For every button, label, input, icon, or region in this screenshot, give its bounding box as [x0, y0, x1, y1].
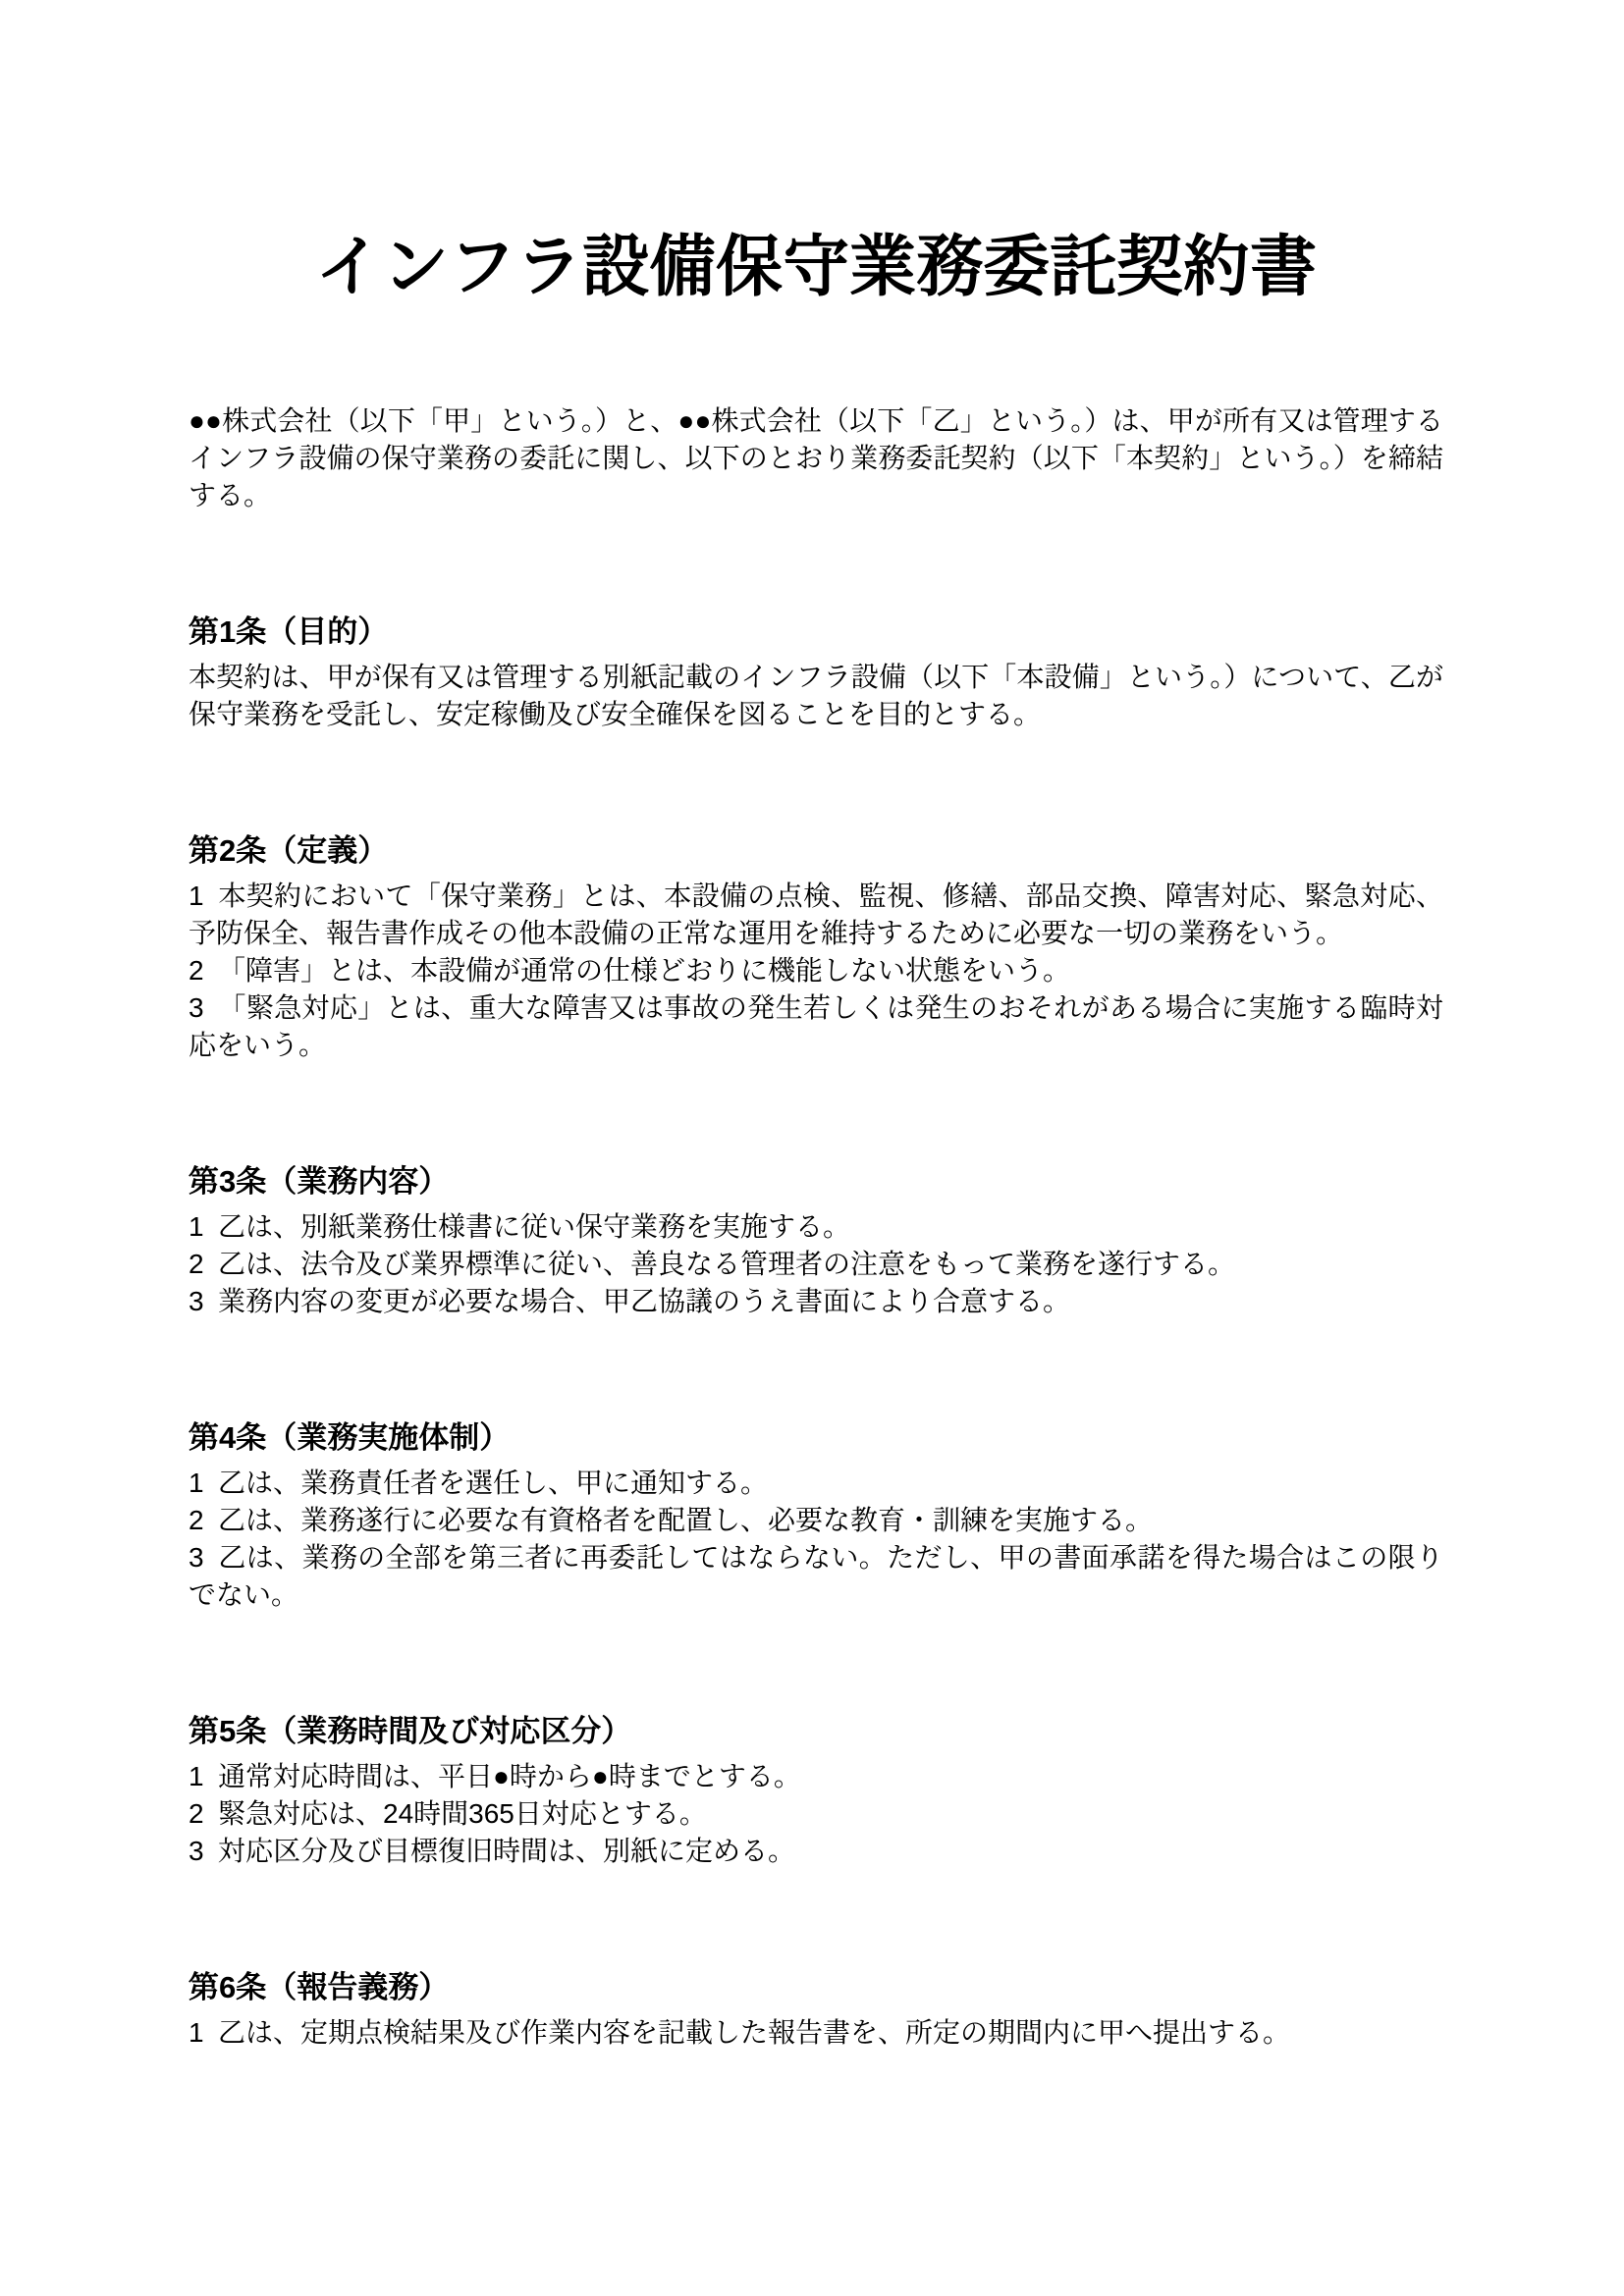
section-heading: 第5条（業務時間及び対応区分） [189, 1709, 1443, 1754]
clause-item: 3「緊急対応」とは、重大な障害又は事故の発生若しくは発生のおそれがある場合に実施… [189, 989, 1443, 1064]
clause-text: 乙は、別紙業務仕様書に従い保守業務を実施する。 [218, 1211, 850, 1242]
clause-text: 乙は、業務責任者を選任し、甲に通知する。 [218, 1468, 768, 1498]
clause-text: 業務内容の変更が必要な場合、甲乙協議のうえ書面により合意する。 [218, 1286, 1070, 1316]
clause-text: 通常対応時間は、平日●時から●時までとする。 [218, 1761, 801, 1791]
clause-item: 2緊急対応は、24時間365日対応とする。 [189, 1795, 1443, 1833]
clause-number: 2 [189, 1502, 218, 1539]
clause-number: 3 [189, 1833, 218, 1870]
clause-number: 3 [189, 1539, 218, 1576]
section-article-3: 第3条（業務内容） 1乙は、別紙業務仕様書に従い保守業務を実施する。 2乙は、法… [189, 1159, 1443, 1320]
section-heading: 第6条（報告義務） [189, 1965, 1443, 2010]
clause-item: 1乙は、業務責任者を選任し、甲に通知する。 [189, 1465, 1443, 1502]
clause-number: 2 [189, 1795, 218, 1833]
clause-text: 緊急対応は、24時間365日対応とする。 [218, 1798, 707, 1829]
section-heading: 第3条（業務内容） [189, 1159, 1443, 1204]
section-article-4: 第4条（業務実施体制） 1乙は、業務責任者を選任し、甲に通知する。 2乙は、業務… [189, 1415, 1443, 1614]
clause-item: 3乙は、業務の全部を第三者に再委託してはならない。ただし、甲の書面承諾を得た場合… [189, 1539, 1443, 1614]
clause-number: 3 [189, 989, 218, 1027]
clause-text: 乙は、法令及び業界標準に従い、善良なる管理者の注意をもって業務を遂行する。 [218, 1249, 1235, 1279]
clause-number: 2 [189, 1246, 218, 1283]
contract-document-page: インフラ設備保守業務委託契約書 ●●株式会社（以下「甲」という。）と、●●株式会… [0, 0, 1624, 2296]
section-heading: 第2条（定義） [189, 828, 1443, 874]
section-body: 本契約は、甲が保有又は管理する別紙記載のインフラ設備（以下「本設備」という。）に… [189, 659, 1443, 733]
clause-text: 対応区分及び目標復旧時間は、別紙に定める。 [218, 1836, 795, 1866]
clause-item: 2「障害」とは、本設備が通常の仕様どおりに機能しない状態をいう。 [189, 952, 1443, 989]
intro-paragraph: ●●株式会社（以下「甲」という。）と、●●株式会社（以下「乙」という。）は、甲が… [189, 402, 1443, 514]
clause-text: 「障害」とは、本設備が通常の仕様どおりに機能しない状態をいう。 [218, 955, 1070, 986]
clause-item: 1乙は、定期点検結果及び作業内容を記載した報告書を、所定の期間内に甲へ提出する。 [189, 2014, 1443, 2052]
clause-number: 2 [189, 952, 218, 989]
clause-item: 1乙は、別紙業務仕様書に従い保守業務を実施する。 [189, 1208, 1443, 1246]
clause-text: 乙は、定期点検結果及び作業内容を記載した報告書を、所定の期間内に甲へ提出する。 [218, 2017, 1290, 2048]
clause-number: 3 [189, 1283, 218, 1320]
section-article-1: 第1条（目的） 本契約は、甲が保有又は管理する別紙記載のインフラ設備（以下「本設… [189, 610, 1443, 733]
clause-text: 乙は、業務の全部を第三者に再委託してはならない。ただし、甲の書面承諾を得た場合は… [189, 1542, 1443, 1610]
clause-number: 1 [189, 1758, 218, 1795]
section-article-5: 第5条（業務時間及び対応区分） 1通常対応時間は、平日●時から●時までとする。 … [189, 1709, 1443, 1870]
clause-item: 2乙は、法令及び業界標準に従い、善良なる管理者の注意をもって業務を遂行する。 [189, 1246, 1443, 1283]
clause-number: 1 [189, 1465, 218, 1502]
document-title: インフラ設備保守業務委託契約書 [189, 228, 1443, 308]
section-article-2: 第2条（定義） 1本契約において「保守業務」とは、本設備の点検、監視、修繕、部品… [189, 828, 1443, 1064]
clause-number: 1 [189, 1208, 218, 1246]
clause-item: 1通常対応時間は、平日●時から●時までとする。 [189, 1758, 1443, 1795]
section-heading: 第4条（業務実施体制） [189, 1415, 1443, 1461]
clause-number: 1 [189, 2014, 218, 2052]
clause-text: 乙は、業務遂行に必要な有資格者を配置し、必要な教育・訓練を実施する。 [218, 1505, 1153, 1535]
clause-item: 2乙は、業務遂行に必要な有資格者を配置し、必要な教育・訓練を実施する。 [189, 1502, 1443, 1539]
clause-text: 「緊急対応」とは、重大な障害又は事故の発生若しくは発生のおそれがある場合に実施す… [189, 992, 1443, 1060]
clause-number: 1 [189, 878, 218, 915]
clause-item: 1本契約において「保守業務」とは、本設備の点検、監視、修繕、部品交換、障害対応、… [189, 878, 1443, 952]
section-article-6: 第6条（報告義務） 1乙は、定期点検結果及び作業内容を記載した報告書を、所定の期… [189, 1965, 1443, 2052]
clause-text: 本契約において「保守業務」とは、本設備の点検、監視、修繕、部品交換、障害対応、緊… [189, 881, 1443, 948]
clause-item: 3対応区分及び目標復旧時間は、別紙に定める。 [189, 1833, 1443, 1870]
section-heading: 第1条（目的） [189, 610, 1443, 655]
clause-item: 3業務内容の変更が必要な場合、甲乙協議のうえ書面により合意する。 [189, 1283, 1443, 1320]
